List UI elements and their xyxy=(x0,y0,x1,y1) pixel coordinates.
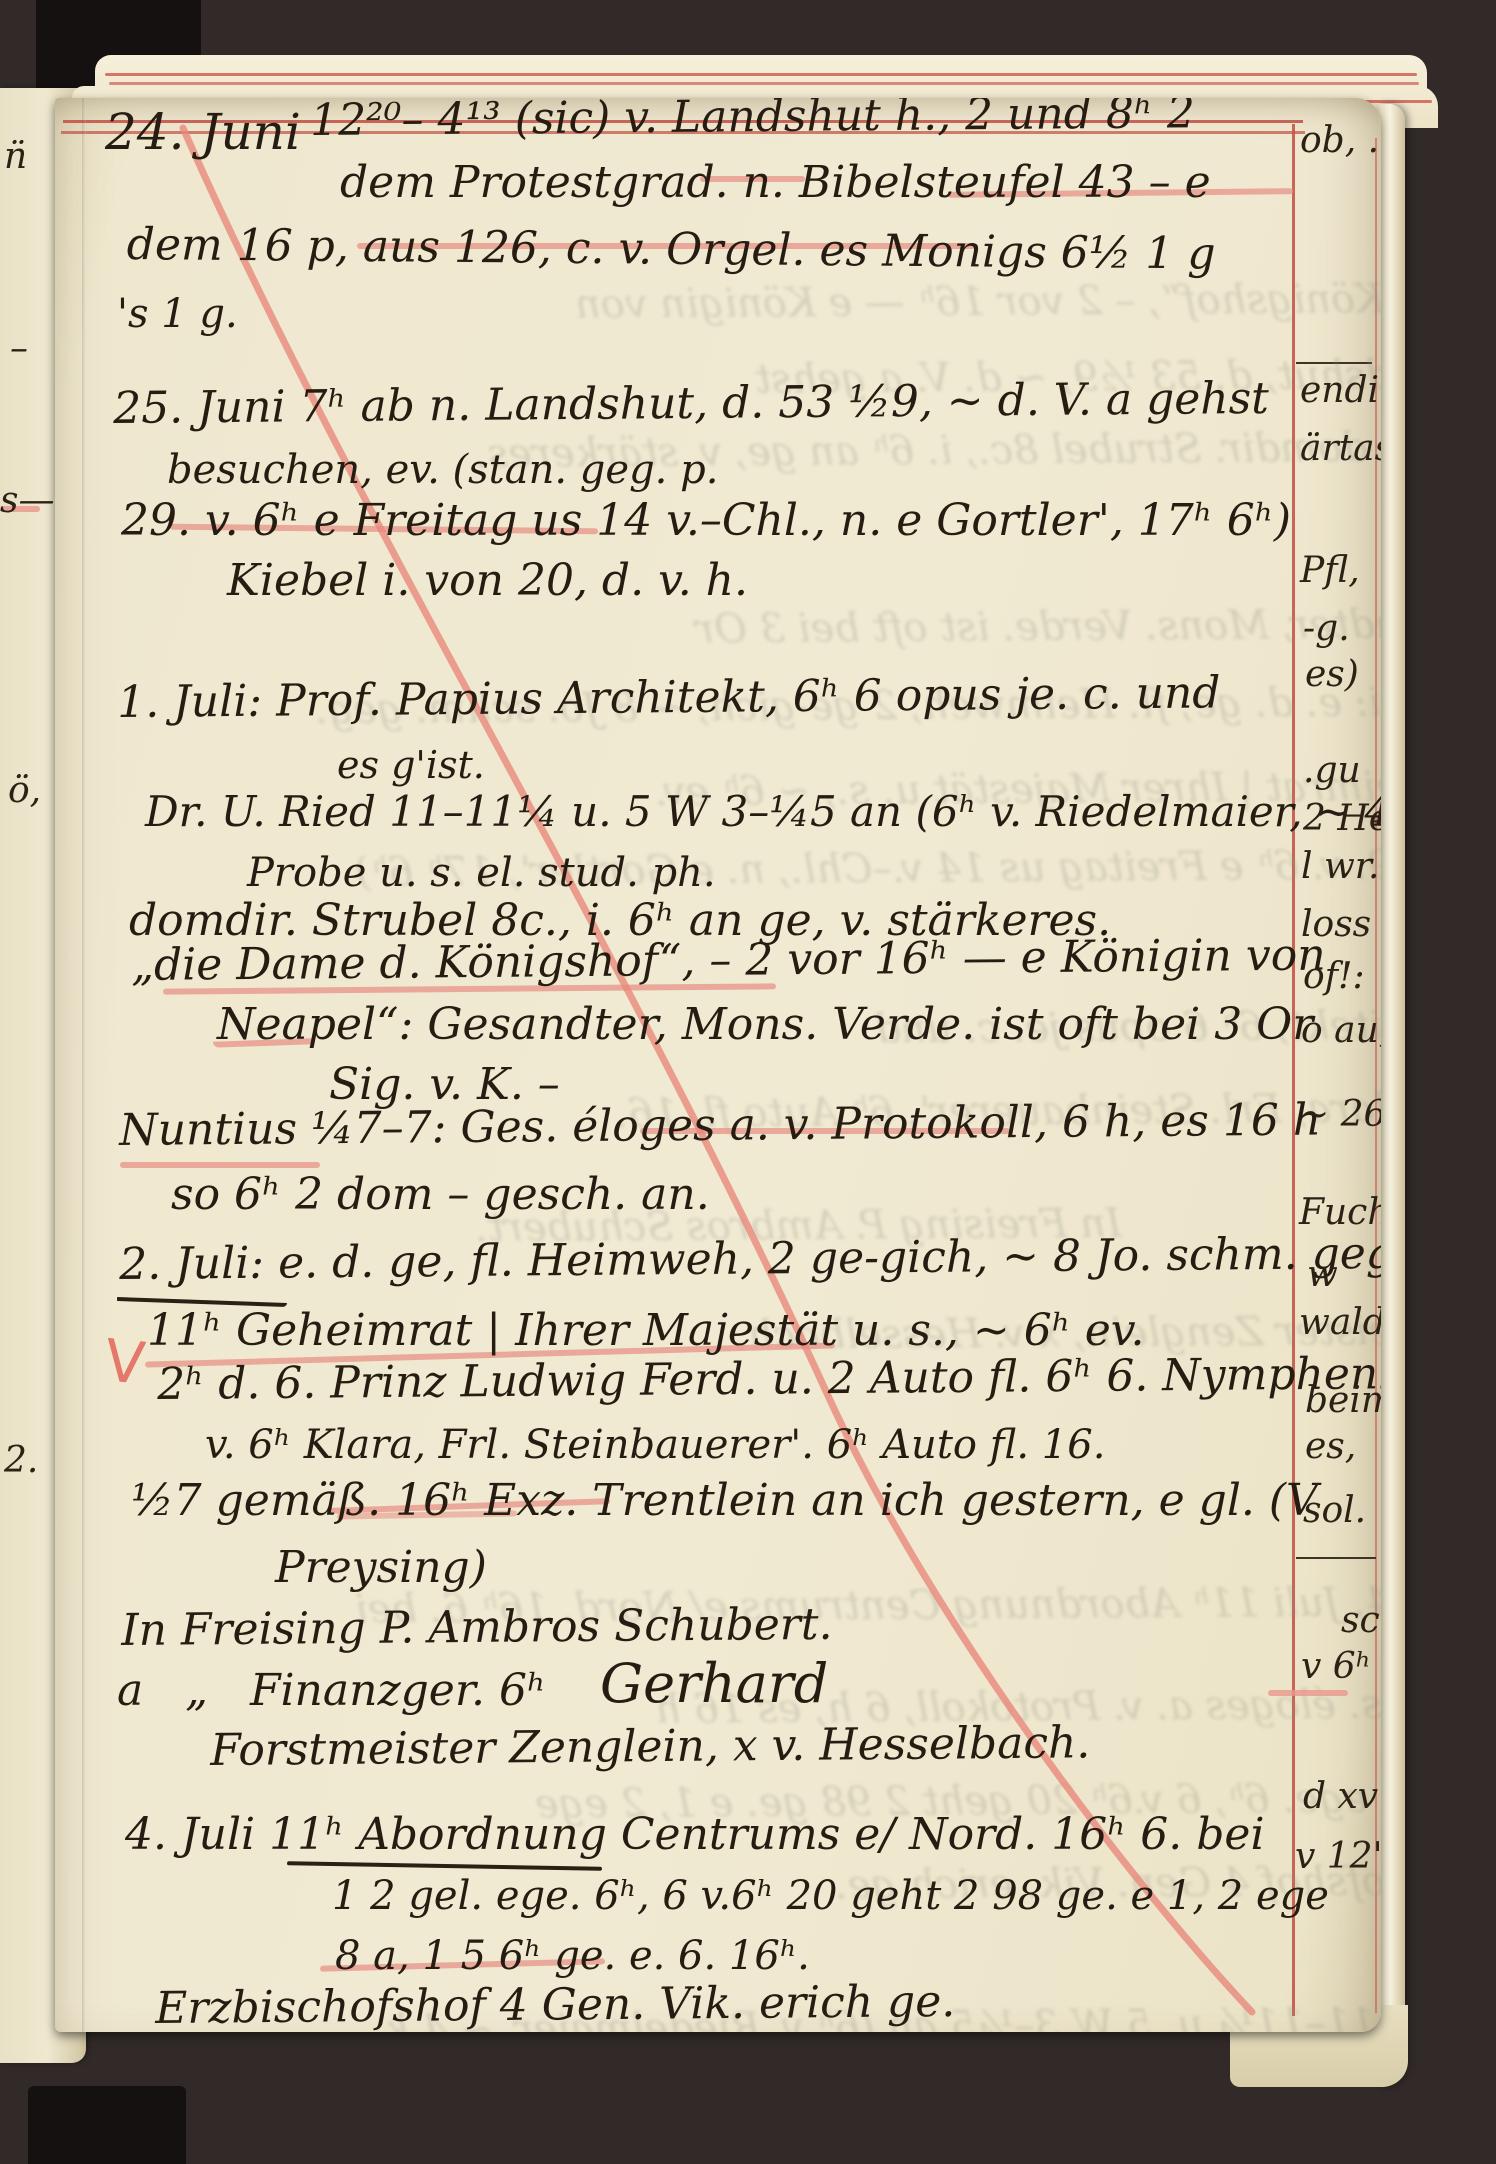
diary-line: 29. v. 6ʰ e Freitag us 14 v.–Chl., n. e … xyxy=(121,498,1291,544)
diary-line: 2ʰ d. 6. Prinz Ludwig Ferd. u. 2 Auto fl… xyxy=(157,1351,1381,1408)
margin-fragment: ärtas. xyxy=(1300,428,1381,469)
margin-fragment: d xv xyxy=(1303,1776,1378,1817)
book-spine-bottom xyxy=(28,2086,186,2164)
margin-fragment: .gu xyxy=(1303,750,1361,791)
diary-line: 1. Juli: Prof. Papius Architekt, 6ʰ 6 op… xyxy=(117,670,1221,725)
left-fragment: s— xyxy=(0,480,54,521)
diary-line: Probe u. s. el. stud. ph. xyxy=(247,853,716,895)
diary-line: v. 6ʰ Klara, Frl. Steinbauerer'. 6ʰ Auto… xyxy=(205,1425,1105,1467)
diary-line: 11ʰ Geheimrat | Ihrer Majestät u. s., ~ … xyxy=(147,1308,1144,1354)
diary-line: es g'ist. xyxy=(337,746,485,786)
diary-line-date: 4. Juli 11ʰ Abordnung Centrums e/ Nord. … xyxy=(125,1812,1265,1858)
margin-fragment: ob, . xyxy=(1300,120,1379,161)
diary-line: ½7 gemäß. 16ʰ Exz. Trentlein an ich gest… xyxy=(131,1478,1318,1524)
margin-fragment: v 12'M xyxy=(1295,1836,1381,1877)
margin-fragment: endi xyxy=(1300,370,1379,411)
diary-line: In Freising P. Ambros Schubert. xyxy=(121,1602,833,1654)
margin-fragment: Pfl, xyxy=(1300,550,1360,591)
margin-fragment: -g. xyxy=(1303,608,1350,649)
margin-fragment: w xyxy=(1307,1254,1338,1295)
diary-line: Kiebel i. von 20, d. v. h. xyxy=(227,558,748,604)
diary-line: 2. Juli: e. d. ge, fl. Heimweh, 2 ge-gic… xyxy=(119,1231,1381,1288)
margin-fragment: v 6ʰ xyxy=(1301,1646,1371,1687)
diary-line: so 6ʰ 2 dom – gesch. an. xyxy=(171,1172,710,1218)
diary-line: 8 a, 1 5 6ʰ ge. e. 6. 16ʰ. xyxy=(335,1936,810,1978)
diary-line: dem Protestgrad. n. Bibelsteufel 43 – e xyxy=(340,160,1211,206)
diary-line-date: 24. Juni xyxy=(105,106,301,158)
diary-line: besuchen, ev. (stan. geg. p. xyxy=(167,450,718,492)
diary-line: Forstmeister Zenglein, x v. Hesselbach. xyxy=(210,1720,1091,1773)
diary-line: 's 1 g. xyxy=(117,294,238,336)
diary-line: dem 16 p, aus 126, c. v. Orgel. es Monig… xyxy=(127,222,1216,277)
left-fragment: 2. xyxy=(4,1440,38,1481)
margin-fragment: es, xyxy=(1305,1426,1356,1467)
left-fragment: – xyxy=(10,328,28,369)
diary-line: 12²⁰– 4¹³ (sic) v. Landshut h., 2 und 8ʰ… xyxy=(310,98,1195,144)
margin-fragment: o au, xyxy=(1301,1010,1381,1051)
diary-line: a „ Finanzger. 6ʰ xyxy=(117,1668,546,1714)
margin-fragment: beim xyxy=(1305,1380,1381,1421)
margin-fragment: es) xyxy=(1305,654,1359,695)
diary-line: Preysing) xyxy=(275,1545,487,1591)
margin-fragment: ~ 26) xyxy=(1299,1094,1381,1135)
margin-fragment: sch xyxy=(1341,1600,1381,1641)
margin-fragment: of!: xyxy=(1303,956,1365,997)
diary-page: „die Dame d. Königshof“, – 2 vor 16ʰ — e… xyxy=(55,98,1381,2032)
diary-line: Gerhard xyxy=(600,1656,828,1712)
margin-fragment: Fuchs xyxy=(1299,1192,1381,1233)
margin-fragment: sol. xyxy=(1303,1490,1366,1531)
margin-fragment: wald. xyxy=(1299,1302,1381,1343)
diary-line: 1 2 gel. ege. 6ʰ, 6 v.6ʰ 20 geht 2 98 ge… xyxy=(332,1876,1329,1918)
left-fragment: n̈ xyxy=(4,136,27,177)
next-page-edge xyxy=(1378,104,1405,2087)
red-checkmark: V xyxy=(102,1326,149,1398)
margin-fragment: 2 He xyxy=(1303,798,1381,839)
red-margin-rule xyxy=(109,82,1419,85)
diary-line: Neapel“: Gesandter, Mons. Verde. ist oft… xyxy=(217,1002,1313,1048)
margin-fragment: l wr. xyxy=(1301,846,1379,887)
diary-line: Nuntius ¼7–7: Ges. éloges a. v. Protokol… xyxy=(119,1098,1321,1154)
diary-line: „die Dame d. Königshof“, – 2 vor 16ʰ — e… xyxy=(131,933,1326,989)
diary-line: 25. Juni 7ʰ ab n. Landshut, d. 53 ½9, ~ … xyxy=(113,376,1269,432)
diary-line: Erzbischofshof 4 Gen. Vik. erich ge. xyxy=(155,1979,955,2032)
left-fragment: ö, xyxy=(8,770,41,811)
diary-line: Dr. U. Ried 11–11¼ u. 5 W 3–¼5 an (6ʰ v.… xyxy=(145,790,1381,834)
diary-photo-scene: n̈ – s— ö, 2. „die Dame d. Königshof“, –… xyxy=(0,0,1496,2164)
red-margin-rule xyxy=(105,73,1417,76)
margin-fragment: loss xyxy=(1301,904,1371,945)
